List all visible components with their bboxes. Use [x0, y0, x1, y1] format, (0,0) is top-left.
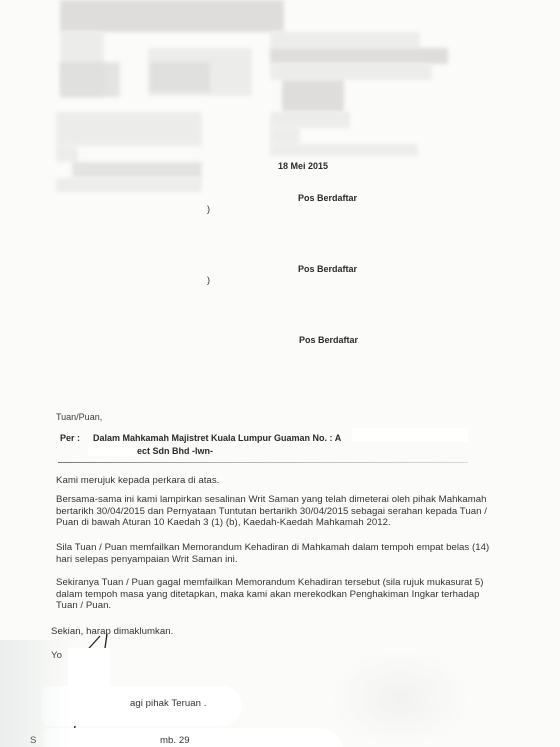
signatory-fragment: agi pihak Teruan .	[130, 698, 206, 710]
address-bracket-1: )	[207, 204, 210, 214]
footer-fragment: mb. 29	[160, 735, 190, 747]
paragraph-memorandum-request: Sila Tuan / Puan memfailkan Memorandum K…	[56, 542, 489, 565]
scan-bleed-shading	[330, 650, 470, 747]
paragraph-line: dalam tempoh masa yang ditetapkan, maka …	[56, 589, 484, 601]
salutation: Tuan/Puan,	[56, 412, 102, 422]
paragraph-line: hari selepas penyampaian Writ Saman ini.	[56, 554, 489, 566]
delivery-method-2: Pos Berdaftar	[298, 264, 357, 274]
paragraph-line: bertarikh 30/04/2015 dan Pernyataan Tunt…	[56, 506, 487, 518]
footer-initial: S	[30, 735, 36, 747]
redacted-party-name	[88, 442, 136, 456]
redacted-footer	[44, 728, 344, 747]
redacted-signature-block	[68, 648, 110, 688]
paragraph-line: Bersama-sama ini kami lampirkan sesalina…	[56, 494, 487, 506]
redacted-case-number	[352, 428, 468, 442]
paragraph-line: Sekiranya Tuan / Puan gagal memfailkan M…	[56, 577, 484, 589]
paragraph-line: Puan di bawah Aturan 10 Kaedah 3 (1) (b)…	[56, 517, 487, 529]
paragraph-line: Tuan / Puan.	[56, 600, 484, 612]
address-bracket-2: )	[207, 275, 210, 285]
delivery-method-1: Pos Berdaftar	[298, 193, 357, 203]
delivery-method-3: Pos Berdaftar	[299, 335, 358, 345]
paragraph-line: Kami merujuk kepada perkara di atas.	[56, 475, 219, 487]
reference-label: Per :	[60, 433, 80, 443]
letter-date: 18 Mei 2015	[278, 161, 328, 171]
reference-party-line: ect Sdn Bhd -lwn-	[137, 446, 213, 456]
paragraph-line: Sila Tuan / Puan memfailkan Memorandum K…	[56, 542, 489, 554]
paragraph-intro: Kami merujuk kepada perkara di atas.	[56, 475, 219, 487]
scanned-letter-page: 18 Mei 2015 Pos Berdaftar ) Pos Berdafta…	[0, 0, 560, 747]
paragraph-default-warning: Sekiranya Tuan / Puan gagal memfailkan M…	[56, 577, 484, 612]
reference-divider	[58, 462, 468, 463]
paragraph-attachment: Bersama-sama ini kami lampirkan sesalina…	[56, 494, 487, 529]
